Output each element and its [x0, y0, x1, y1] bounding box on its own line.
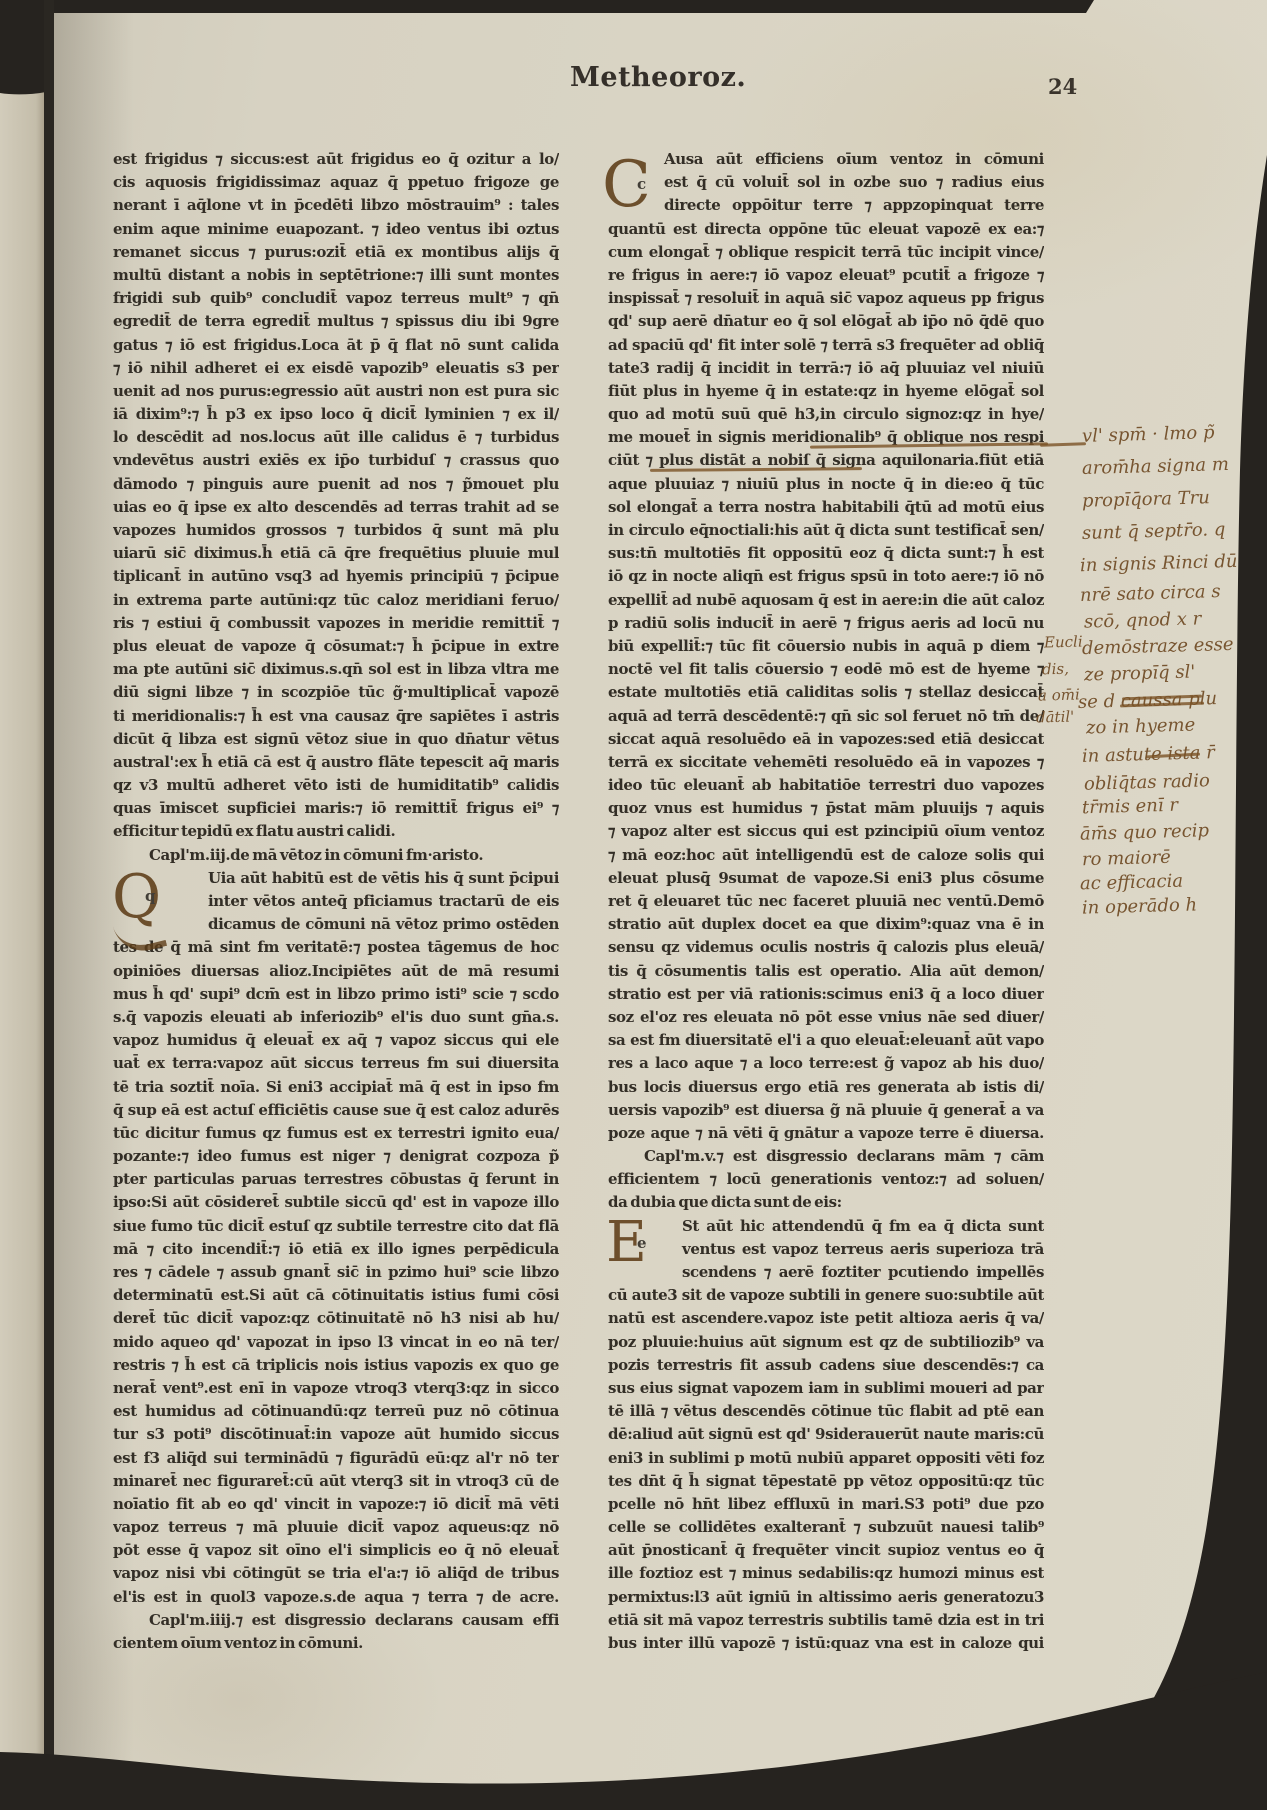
margin-note: dis,	[1042, 660, 1069, 679]
text-line: vapoz humidus q̄ eleuat̄ ex aq̄ ⁊ vapoz …	[113, 1029, 559, 1052]
text-line: res a laco aque ⁊ a loco terre:est g̃ va…	[608, 1052, 1044, 1075]
text-line: pcelle nō hn̄t libez effluxū in mari.S3 …	[608, 1493, 1044, 1516]
text-line: est q̄ cū voluit̄ sol in ozbe suo ⁊ radi…	[608, 171, 1044, 194]
text-line: quas īmiscet supficiei maris:⁊ iō remitt…	[113, 797, 559, 820]
text-line: efficitur tepidū ex flatu austri calidi.	[113, 820, 559, 843]
text-line: res ⁊ cādele ⁊ assub gnant̄ sic̄ in pzim…	[113, 1261, 559, 1284]
text-line: eleuat plusq̄ 9sumat de vapoze.Si eni3 p…	[608, 867, 1044, 890]
text-line: siue fumo tūc dicit̄ estuſ qz subtile te…	[113, 1215, 559, 1238]
text-line: cis aquosis frigidissimaz aquaz q̄ ppetu…	[113, 171, 559, 194]
text-line: bus inter illū vapozē ⁊ istū:quaz vna es…	[608, 1632, 1044, 1655]
text-line: St aūt hic attendendū q̄ fm ea q̄ dicta …	[608, 1215, 1044, 1238]
text-line: inspissat̄ ⁊ resoluit̄ in aquā sic̄ vapo…	[608, 287, 1044, 310]
text-line: in circulo eq̄noctiali:his aūt q̄ dicta …	[608, 519, 1044, 542]
text-line: opiniōes diuersas alioz.Incipiētes aūt d…	[113, 960, 559, 983]
text-line: sensu qz videmus oculis nostris q̄ caloz…	[608, 936, 1044, 959]
text-column-left: est frigidus ⁊ siccus:est aūt frigidus e…	[113, 148, 559, 1655]
text-line: ret q̄ eleuaret tūc nec faceret pluuiā n…	[608, 890, 1044, 913]
text-line: dē:aliud aūt signū est qd' 9siderauerūt …	[608, 1423, 1044, 1446]
margin-note: in signis Rinci dū	[1080, 551, 1238, 576]
text-line: tē tria soztit̄ noīa. Si eni3 accipiat̄ …	[113, 1076, 559, 1099]
text-line: multū distant a nobis in septētrione:⁊ i…	[113, 264, 559, 287]
text-line: ⁊ vapoz alter est siccus qui est pzincip…	[608, 820, 1044, 843]
guide-letter: q	[145, 887, 156, 905]
text-line: pter particulas paruas terrestres cōbust…	[113, 1168, 559, 1191]
text-line: uersis vapozib⁹ est diuersa g̃ nā pluuie…	[608, 1099, 1044, 1122]
text-line: aque pluuiaz ⁊ niuiū plus in nocte q̄ in…	[608, 473, 1044, 496]
margin-note: a om̄i	[1038, 685, 1080, 704]
text-line: stratio est per viā rationis:scimus eni3…	[608, 983, 1044, 1006]
text-line: gatus ⁊ iō est frigidus.Loca āt p̄ q̄ fl…	[113, 334, 559, 357]
text-column-right: Ausa aūt efficiens oīum ventoz in cōmuni…	[608, 148, 1044, 1655]
text-line: ipso:Si aūt cōsideret̄ subtile siccū qd'…	[113, 1191, 559, 1214]
margin-note: ze propīq̄ sl'	[1084, 661, 1196, 685]
book-page-scan: Metheoroz. 24 est frigidus ⁊ siccus:est …	[0, 0, 1267, 1810]
text-line: Capl'm.v.⁊ est disgressio declarans mām …	[608, 1145, 1044, 1168]
text-line: aūt p̄nosticant̄ q̄ frequēter vincit sup…	[608, 1539, 1044, 1562]
text-line: quo ad motū suū quē h3,in circulo signoz…	[608, 403, 1044, 426]
text-line: lo descēdit ad nos.locus aūt ille calidu…	[113, 426, 559, 449]
text-line: determinatū est.Si aūt cā cōtinuitatis i…	[113, 1284, 559, 1307]
text-line: efficientem ⁊ locū generationis ventoz:⁊…	[608, 1168, 1044, 1191]
text-line: nerant ī aq̄lone vt in p̄cedēti libzo mō…	[113, 194, 559, 217]
text-line: frigidi sub quib⁹ concludit̄ vapoz terre…	[113, 287, 559, 310]
text-line: expellit̄ ad nubē aquosam q̄ est in aere…	[608, 589, 1044, 612]
text-line: Capl'm.iij.de mā vētoz in cōmuni fm·aris…	[113, 844, 559, 867]
text-line: ille foztioz est ⁊ minus sedabilis:qz hu…	[608, 1562, 1044, 1585]
margin-note: ac efficacia	[1080, 871, 1184, 895]
text-line: minaret̄ nec figuraret̄:cū aūt vterq3 si…	[113, 1470, 559, 1493]
text-line: Uia aūt habitū est de vētis his q̄ sunt …	[113, 867, 559, 890]
text-line: uias eo q̄ ipse ex alto descendēs ad ter…	[113, 496, 559, 519]
text-line: ⁊ iō nihil adheret ei ex eisdē vapozib⁹ …	[113, 357, 559, 380]
text-line: soz el'oz res eleuata nō pōt esse vnius …	[608, 1006, 1044, 1029]
text-line: ris ⁊ estiui q̄ combussit vapozes in mer…	[113, 612, 559, 635]
text-line: vapozes humidos grossos ⁊ turbidos q̄ su…	[113, 519, 559, 542]
text-line: aquā ad terrā descēdentē:⁊ qn̄ sic sol f…	[608, 705, 1044, 728]
text-line: ventus est vapoz terreus aeris superioza…	[608, 1238, 1044, 1261]
margin-note: scō, qnod x r	[1084, 608, 1202, 632]
text-line: qz v3 multū adheret vēto isti de humidit…	[113, 774, 559, 797]
text-line: remanet siccus ⁊ purus:ozit̄ etiā ex mon…	[113, 241, 559, 264]
text-line: tes dn̄t q̄ h̄ signat tēpestatē pp vētoz…	[608, 1470, 1044, 1493]
text-line: sus eius signat vapozem iam in sublimi m…	[608, 1377, 1044, 1400]
margin-note: in operādo h	[1082, 894, 1198, 918]
text-line: sus:tn̄ multotiēs fit oppositū eoz q̄ di…	[608, 542, 1044, 565]
text-line: uiarū sic̄ diximus.h̄ etiā cā q̄re frequ…	[113, 542, 559, 565]
text-line: enim aque minime euapozant. ⁊ ideo ventu…	[113, 218, 559, 241]
text-line: re frigus in aere:⁊ iō vapoz eleuat⁹ pcu…	[608, 264, 1044, 287]
text-line: el'is est in quol3 vapoze.s.de aqua ⁊ te…	[113, 1586, 559, 1609]
drop-cap-e: Ee	[606, 1210, 647, 1275]
text-line: noīatio fit ab eo qd' vincit in vapoze:⁊…	[113, 1493, 559, 1516]
text-line: qd' sup aerē dn̄atur eo q̄ sol elōgat̄ a…	[608, 310, 1044, 333]
margin-note: Eucli	[1044, 632, 1083, 651]
text-line: uenit ad nos purus:egressio aūt austri n…	[113, 380, 559, 403]
text-line: mā ⁊ cito incendit̄:⁊ iō etiā ex illo ig…	[113, 1238, 559, 1261]
adjacent-page-edge	[0, 92, 45, 1760]
text-line: ideo tūc eleuant̄ ab habitatiōe terrestr…	[608, 774, 1044, 797]
text-line: directe oppōitur terre ⁊ appzopinquat te…	[608, 194, 1044, 217]
text-line: iā dixim⁹:⁊ h̄ p3 ex ipso loco q̄ dicit̄…	[113, 403, 559, 426]
text-line: mido aqueo qd' vapozat in ipso l3 vincat…	[113, 1331, 559, 1354]
margin-note: sunt q̄ septr̄o. q	[1082, 519, 1226, 544]
text-line: terrā ex siccitate vehemēti resoluēdo eā…	[608, 751, 1044, 774]
text-line: uat̄ ex terra:vapoz aūt siccus terreus f…	[113, 1052, 559, 1075]
margin-note: arom̄ha signa m	[1082, 454, 1229, 479]
text-line: tiplicant̄ in autūno vsq3 ad hyemis prin…	[113, 565, 559, 588]
text-line: poz pluuie:huius aūt signum est qz de su…	[608, 1331, 1044, 1354]
margin-note: se d caussa plu	[1078, 688, 1218, 713]
text-line: pōt esse q̄ vapoz sit oīno el'i simplici…	[113, 1539, 559, 1562]
text-line: p radiū solis inducit̄ in aerē ⁊ frigus …	[608, 612, 1044, 635]
page-number: 24	[1048, 74, 1077, 99]
text-line: sa est fm diuersitatē el'i a quo eleuat̄…	[608, 1029, 1044, 1052]
text-line: dāmodo ⁊ pinguis aure puenit ad nos ⁊ p̃…	[113, 473, 559, 496]
text-line: bus locis diuersus ergo etiā res generat…	[608, 1076, 1044, 1099]
text-line: inter vētos anteq̄ pficiamus tractarū de…	[113, 890, 559, 913]
connector-dash	[1040, 442, 1086, 446]
drop-cap-c: Cc	[602, 148, 651, 222]
drop-cap-q: Qq	[112, 862, 161, 932]
text-line: dicamus de cōmuni nā vētoz primo ostēden	[113, 913, 559, 936]
text-line: da dubia que dicta sunt de eis:	[608, 1191, 1044, 1214]
text-line: vapoz nisi vbi cōtingūt se tria el'a:⁊ i…	[113, 1562, 559, 1585]
text-line: biū expellit̄:⁊ tūc fit cōuersio nubis i…	[608, 635, 1044, 658]
text-line: deret̄ tūc dicit̄ vapoz:qz cōtinuitatē n…	[113, 1307, 559, 1330]
text-line: vapoz terreus ⁊ mā pluuie dicit̄ vapoz a…	[113, 1516, 559, 1539]
margin-note: propīq̄ora Tru	[1082, 487, 1210, 512]
margin-note: nrē sato circa s	[1080, 581, 1221, 606]
text-line: plus eleuat de vapoze q̄ cōsumat:⁊ h̄ p̄…	[113, 635, 559, 658]
text-line: eni3 in sublimi p motū nubiū apparet opp…	[608, 1447, 1044, 1470]
text-line: cientem oīum ventoz in cōmuni.	[113, 1632, 559, 1655]
margin-note: vl' spm̄ · lmo p̃	[1082, 422, 1215, 447]
text-line: cū aute3 sit de vapoze subtili in genere…	[608, 1284, 1044, 1307]
guide-letter: c	[637, 175, 646, 193]
text-line: nerat̄ vent⁹.est enī in vapoze vtroq3 vt…	[113, 1377, 559, 1400]
text-line: quantū est directa oppōne tūc eleuat vap…	[608, 218, 1044, 241]
text-line: poze aque ⁊ nā vēti q̄ gnātur a vapoze t…	[608, 1122, 1044, 1145]
text-line: ⁊ mā eoz:hoc aūt intelligendū est de cal…	[608, 844, 1044, 867]
text-line: scendens ⁊ aerē foztiter pcutiendo impel…	[608, 1261, 1044, 1284]
guide-letter: e	[637, 1234, 647, 1252]
text-line: austral':ex h̄ etiā cā est q̄ austro flā…	[113, 751, 559, 774]
margin-note: demōstraze esse	[1082, 634, 1234, 659]
margin-note: obliq̄tas radio	[1084, 770, 1210, 795]
text-line: diū signi libze ⁊ in scozpiōe tūc g̃·mul…	[113, 681, 559, 704]
text-line: ma pte autūni sic̄ diximus.s.qn̄ sol est…	[113, 658, 559, 681]
text-line: tē illā ⁊ vētus descendēs cōtinue tūc fl…	[608, 1400, 1044, 1423]
text-line: vndevētus austri exiēs ex ip̄o turbiduſ …	[113, 449, 559, 472]
text-line: est frigidus ⁊ siccus:est aūt frigidus e…	[113, 148, 559, 171]
text-line: s.q̄ vapozis eleuati ab inferiozib⁹ el'i…	[113, 1006, 559, 1029]
text-line: noctē vel fit talis cōuersio ⁊ eodē mō e…	[608, 658, 1044, 681]
margin-note: tr̄mis enī r	[1082, 795, 1179, 819]
margin-note: ro maiorē	[1082, 847, 1171, 870]
text-line: ad spaciū qd' fit inter solē ⁊ terrā s3 …	[608, 334, 1044, 357]
text-line: celle se collidētes exalterant̄ ⁊ subzuū…	[608, 1516, 1044, 1539]
text-line: siccat aquā resoluēdo eā in vapozes:sed …	[608, 728, 1044, 751]
text-line: Capl'm.iiij.⁊ est disgressio declarans c…	[113, 1609, 559, 1632]
text-line: estate multotiēs etiā caliditas solis ⁊ …	[608, 681, 1044, 704]
margin-note: ām̄s quo recip	[1080, 820, 1210, 845]
text-line: cum elongat̄ ⁊ oblique respicit terrā tū…	[608, 241, 1044, 264]
text-line: ti meridionalis:⁊ h̄ est vna causaz q̄re…	[113, 705, 559, 728]
text-line: est humidus ad cōtinuandū:qz terreū puz …	[113, 1400, 559, 1423]
text-line: iō qz in nocte aliqn̄ est frigus spsū in…	[608, 565, 1044, 588]
text-line: sol elongat̄ a terra nostra habitabili q…	[608, 496, 1044, 519]
text-line: in extrema parte autūni:qz tūc caloz mer…	[113, 589, 559, 612]
text-line: fiūt plus in hyeme q̄ in estate:qz in hy…	[608, 380, 1044, 403]
text-line: tes de q̄ mā sint fm veritatē:⁊ postea t…	[113, 936, 559, 959]
text-line: mus h̄ qd' supi⁹ dcm̄ est in libzo primo…	[113, 983, 559, 1006]
text-line: tūc dicitur fumus qz fumus est ex terres…	[113, 1122, 559, 1145]
running-title: Metheoroz.	[570, 62, 746, 93]
text-line: dicūt q̄ libza est signū vētoz siue in q…	[113, 728, 559, 751]
text-line: egredit̄ de terra egredit̄ multus ⁊ spis…	[113, 310, 559, 333]
text-line: est f3 aliq̄d sui terminādū ⁊ figurādū e…	[113, 1447, 559, 1470]
text-line: natū est ascendere.vapoz iste petit alti…	[608, 1307, 1044, 1330]
text-line: tur s3 poti⁹ discōtinuat̄:in vapoze aūt …	[113, 1423, 559, 1446]
text-line: q̄ sup eā est actuſ efficiētis cause sue…	[113, 1099, 559, 1122]
text-line: Ausa aūt efficiens oīum ventoz in cōmuni	[608, 148, 1044, 171]
text-line: stratio aūt duplex docet ea que dixim⁹:q…	[608, 913, 1044, 936]
text-line: permixtus:l3 aūt igniū in altissimo aeri…	[608, 1586, 1044, 1609]
text-line: pozis terrestris fit assub cadens siue d…	[608, 1354, 1044, 1377]
text-line: pozante:⁊ ideo fumus est niger ⁊ denigra…	[113, 1145, 559, 1168]
margin-note: dātil'	[1036, 707, 1075, 726]
text-line: etiā sit mā vapoz terrestris subtilis ta…	[608, 1609, 1044, 1632]
text-line: tis q̄ cōsumentis talis est operatio. Al…	[608, 960, 1044, 983]
text-line: tate3 radij q̄ incidit in terrā:⁊ iō aq̄…	[608, 357, 1044, 380]
margin-note: zo in hyeme	[1086, 714, 1196, 738]
text-line: restris ⁊ h̄ est cā triplicis nois istiu…	[113, 1354, 559, 1377]
text-line: quoz vnus est humidus ⁊ p̄stat mām pluui…	[608, 797, 1044, 820]
